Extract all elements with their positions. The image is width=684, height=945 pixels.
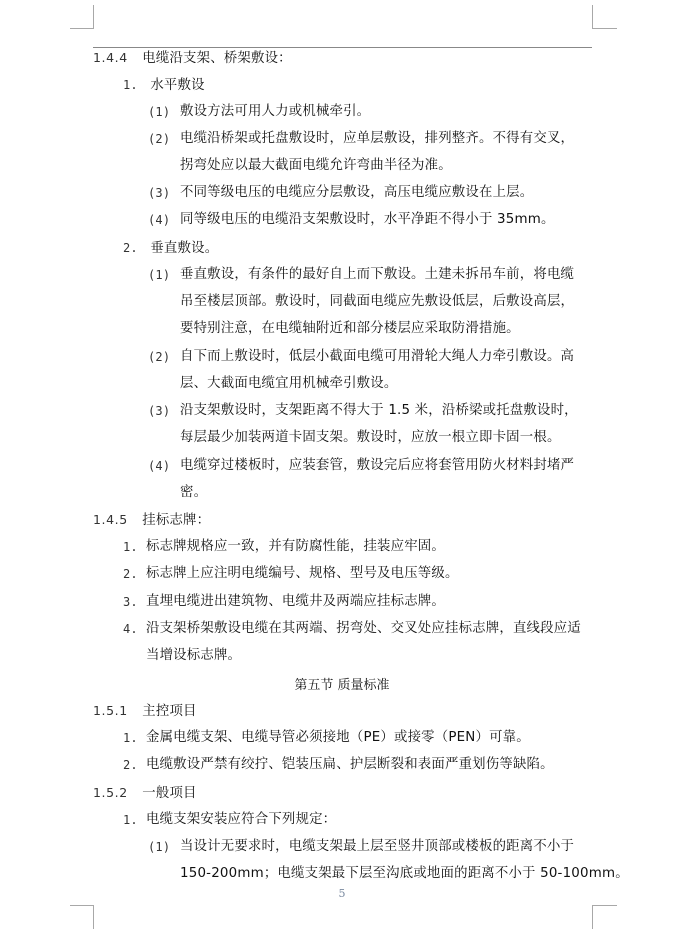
section-heading-1-5-2: 1.5.2 一般项目 <box>93 784 197 803</box>
header-rule <box>93 47 592 48</box>
list-item: 2. <box>123 565 138 584</box>
list-item: 1. <box>123 538 138 557</box>
section-title: 电缆沿支架、桥架敷设： <box>142 51 292 66</box>
item-text: 当增设标志牌。 <box>146 647 241 665</box>
sub-item: (3) <box>148 184 170 203</box>
section-number: 1.4.5 <box>93 512 128 527</box>
list-item: 1. <box>123 811 138 830</box>
section-heading-1-4-5: 1.4.5 挂标志牌： <box>93 511 210 530</box>
chapter-section-title: 第五节 质量标准 <box>0 674 684 693</box>
item-number: 1. <box>123 78 138 92</box>
sub-item-text: 要特别注意，在电缆轴附近和部分楼层应采取防滑措施。 <box>180 320 520 338</box>
sub-item: (2) <box>148 130 170 149</box>
sub-item-text: 吊至楼层顶部。敷设时，同截面电缆应先敷设低层，后敷设高层， <box>180 293 574 311</box>
sub-item-number: (2) <box>148 350 170 364</box>
crop-mark-bottom-right <box>592 905 617 929</box>
section-title: 挂标志牌： <box>142 513 210 528</box>
item-number: 2. <box>123 567 138 581</box>
list-item: 2. <box>123 756 138 775</box>
item-text: 垂直敷设。 <box>150 241 218 256</box>
section-heading-1-5-1: 1.5.1 主控项目 <box>93 702 197 721</box>
item-text: 金属电缆支架、电缆导管必须接地（PE）或接零（PEN）可靠。 <box>146 729 530 747</box>
item-number: 1. <box>123 540 138 554</box>
sub-item: (1) <box>148 266 170 285</box>
list-item: 3. <box>123 593 138 612</box>
sub-item-text: 敷设方法可用人力或机械牵引。 <box>180 103 370 121</box>
item-text: 沿支架桥架敷设电缆在其两端、拐弯处、交叉处应挂标志牌，直线段应适 <box>146 620 581 638</box>
sub-item-text: 电缆沿桥架或托盘敷设时，应单层敷设，排列整齐。不得有交叉， <box>180 130 574 148</box>
sub-item-number: (3) <box>148 404 170 418</box>
sub-item-text: 不同等级电压的电缆应分层敷设，高压电缆应敷设在上层。 <box>180 184 533 202</box>
sub-item-text: 150-200mm；电缆支架最下层至沟底或地面的距离不小于 50-100mm。 <box>180 865 629 883</box>
item-text: 电缆支架安装应符合下列规定： <box>146 811 336 829</box>
item-number: 1. <box>123 813 138 827</box>
sub-item-text: 拐弯处应以最大截面电缆允许弯曲半径为准。 <box>180 157 452 175</box>
sub-item: (1) <box>148 838 170 857</box>
section-number: 1.5.1 <box>93 703 128 718</box>
item-text: 标志牌上应注明电缆编号、规格、型号及电压等级。 <box>146 565 459 583</box>
sub-item-number: (1) <box>148 105 170 119</box>
crop-mark-top-right <box>592 5 617 29</box>
item-number: 1. <box>123 731 138 745</box>
sub-item-number: (3) <box>148 186 170 200</box>
sub-item-text: 电缆穿过楼板时，应装套管，敷设完后应将套管用防火材料封堵严 <box>180 457 574 475</box>
sub-item-text: 自下而上敷设时，低层小截面电缆可用滑轮大绳人力牵引敷设。高 <box>180 348 574 366</box>
sub-item-text: 密。 <box>180 484 207 502</box>
section-title: 一般项目 <box>142 786 196 801</box>
section-number: 1.4.4 <box>93 50 128 65</box>
list-item: 2. 垂直敷设。 <box>123 239 218 258</box>
sub-item-text: 沿支架敷设时，支架距离不得大于 1.5 米，沿桥梁或托盘敷设时， <box>180 402 578 420</box>
section-heading-1-4-4: 1.4.4 电缆沿支架、桥架敷设： <box>93 49 292 68</box>
list-item: 1. <box>123 729 138 748</box>
sub-item-text: 当设计无要求时，电缆支架最上层至竖井顶部或楼板的距离不小于 <box>180 838 574 856</box>
sub-item-number: (1) <box>148 268 170 282</box>
item-number: 4. <box>123 622 138 636</box>
page-number: 5 <box>0 887 684 900</box>
sub-item-number: (2) <box>148 132 170 146</box>
crop-mark-bottom-left <box>70 905 94 929</box>
sub-item-text: 同等级电压的电缆沿支架敷设时，水平净距不得小于 35mm。 <box>180 211 555 229</box>
item-text: 水平敷设 <box>150 78 204 93</box>
sub-item-text: 垂直敷设，有条件的最好自上而下敷设。土建未拆吊车前，将电缆 <box>180 266 574 284</box>
sub-item-text: 每层最少加装两道卡固支架。敷设时，应放一根立即卡固一根。 <box>180 429 561 447</box>
item-text: 标志牌规格应一致，并有防腐性能，挂装应牢固。 <box>146 538 445 556</box>
section-number: 1.5.2 <box>93 785 128 800</box>
sub-item-number: (4) <box>148 213 170 227</box>
item-number: 2. <box>123 241 138 255</box>
item-number: 2. <box>123 758 138 772</box>
sub-item: (1) <box>148 103 170 122</box>
item-number: 3. <box>123 595 138 609</box>
crop-mark-top-left <box>70 5 94 29</box>
sub-item: (2) <box>148 348 170 367</box>
item-text: 直埋电缆进出建筑物、电缆井及两端应挂标志牌。 <box>146 593 445 611</box>
section-title: 主控项目 <box>142 704 196 719</box>
sub-item-number: (4) <box>148 459 170 473</box>
sub-item-number: (1) <box>148 840 170 854</box>
sub-item: (4) <box>148 457 170 476</box>
sub-item: (4) <box>148 211 170 230</box>
sub-item: (3) <box>148 402 170 421</box>
list-item: 4. <box>123 620 138 639</box>
item-text: 电缆敷设严禁有绞拧、铠装压扁、护层断裂和表面严重划伤等缺陷。 <box>146 756 554 774</box>
sub-item-text: 层、大截面电缆宜用机械牵引敷设。 <box>180 375 397 393</box>
list-item: 1. 水平敷设 <box>123 76 205 95</box>
